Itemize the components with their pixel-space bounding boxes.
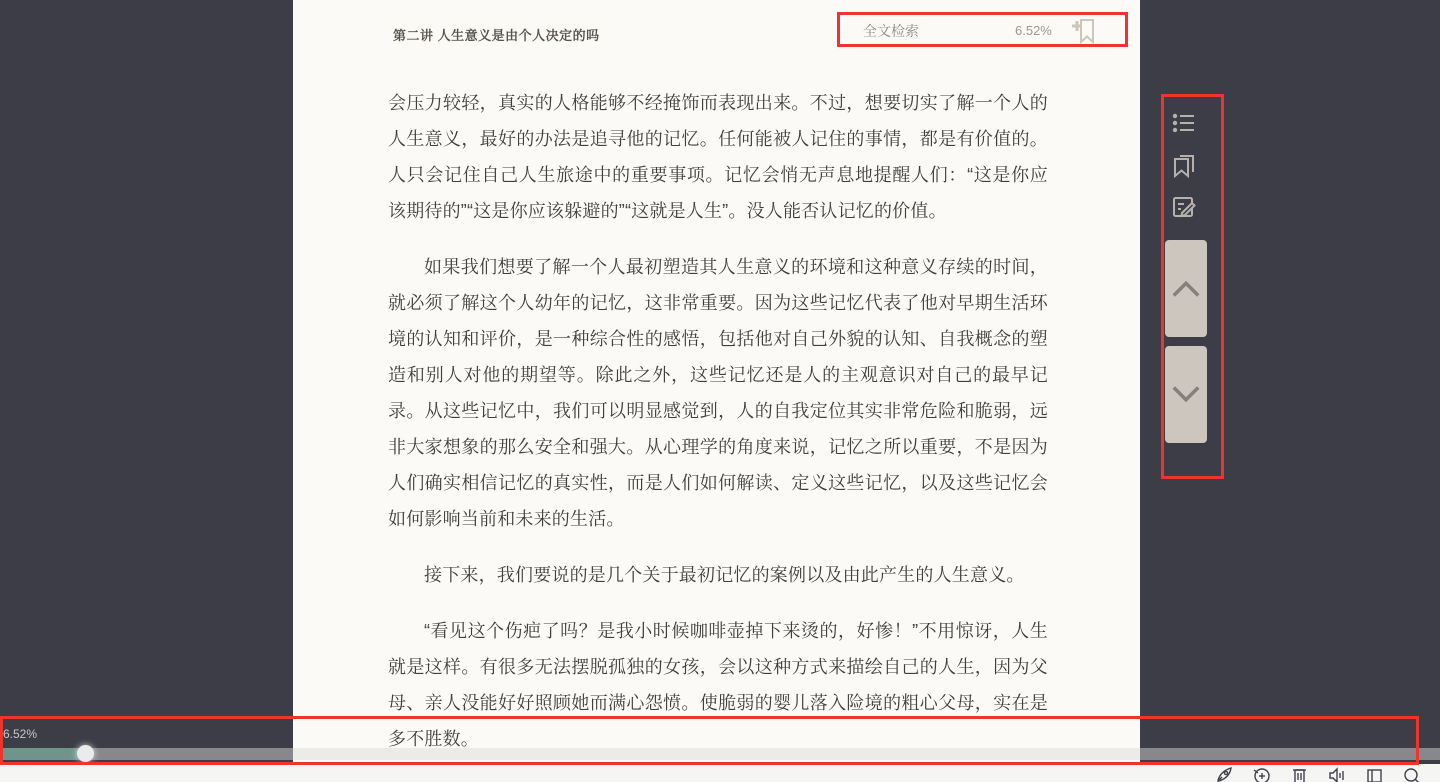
- notes-icon[interactable]: [1171, 194, 1197, 220]
- search-icon[interactable]: [1402, 766, 1421, 782]
- scroll-down-button[interactable]: [1165, 346, 1207, 443]
- table-of-contents-icon[interactable]: [1171, 110, 1197, 136]
- bookmark-icon[interactable]: [1171, 152, 1197, 178]
- trash-icon[interactable]: [1290, 766, 1309, 782]
- progress-slider-handle[interactable]: [77, 745, 94, 762]
- progress-track-page-segment[interactable]: [293, 748, 1140, 760]
- speaker-icon[interactable]: [1328, 766, 1347, 782]
- book-page: 第二讲 人生意义是由个人决定的吗 全文检索 6.52% 会压力较轻，真实的人格能…: [293, 0, 1140, 764]
- paragraph: 接下来，我们要说的是几个关于最初记忆的案例以及由此产生的人生意义。: [388, 557, 1048, 593]
- speed-gauge-icon[interactable]: [1252, 766, 1271, 782]
- reading-progress-percent: 6.52%: [1015, 23, 1052, 38]
- paragraph: 会压力较轻，真实的人格能够不经掩饰而表现出来。不过，想要切实了解一个人的人生意义…: [388, 85, 1048, 229]
- rocket-icon[interactable]: [1215, 766, 1234, 782]
- chapter-title: 第二讲 人生意义是由个人决定的吗: [393, 25, 600, 44]
- progress-fill[interactable]: [0, 748, 86, 760]
- full-text-search-input[interactable]: 全文检索: [863, 21, 919, 41]
- progress-percent-label: 6.52%: [3, 727, 37, 741]
- scroll-up-button[interactable]: [1165, 240, 1207, 337]
- page-content: 会压力较轻，真实的人格能够不经掩饰而表现出来。不过，想要切实了解一个人的人生意义…: [388, 85, 1048, 777]
- paragraph: “看见这个伤疤了吗？是我小时候咖啡壶掉下来烫的，好惨！”不用惊讶，人生就是这样。…: [388, 613, 1048, 757]
- layout-icon[interactable]: [1365, 766, 1384, 782]
- reader-window: 第二讲 人生意义是由个人决定的吗 全文检索 6.52% 会压力较轻，真实的人格能…: [0, 0, 1440, 782]
- add-bookmark-icon[interactable]: [1070, 15, 1100, 47]
- paragraph: 如果我们想要了解一个人最初塑造其人生意义的环境和这种意义存续的时间，就必须了解这…: [388, 249, 1048, 537]
